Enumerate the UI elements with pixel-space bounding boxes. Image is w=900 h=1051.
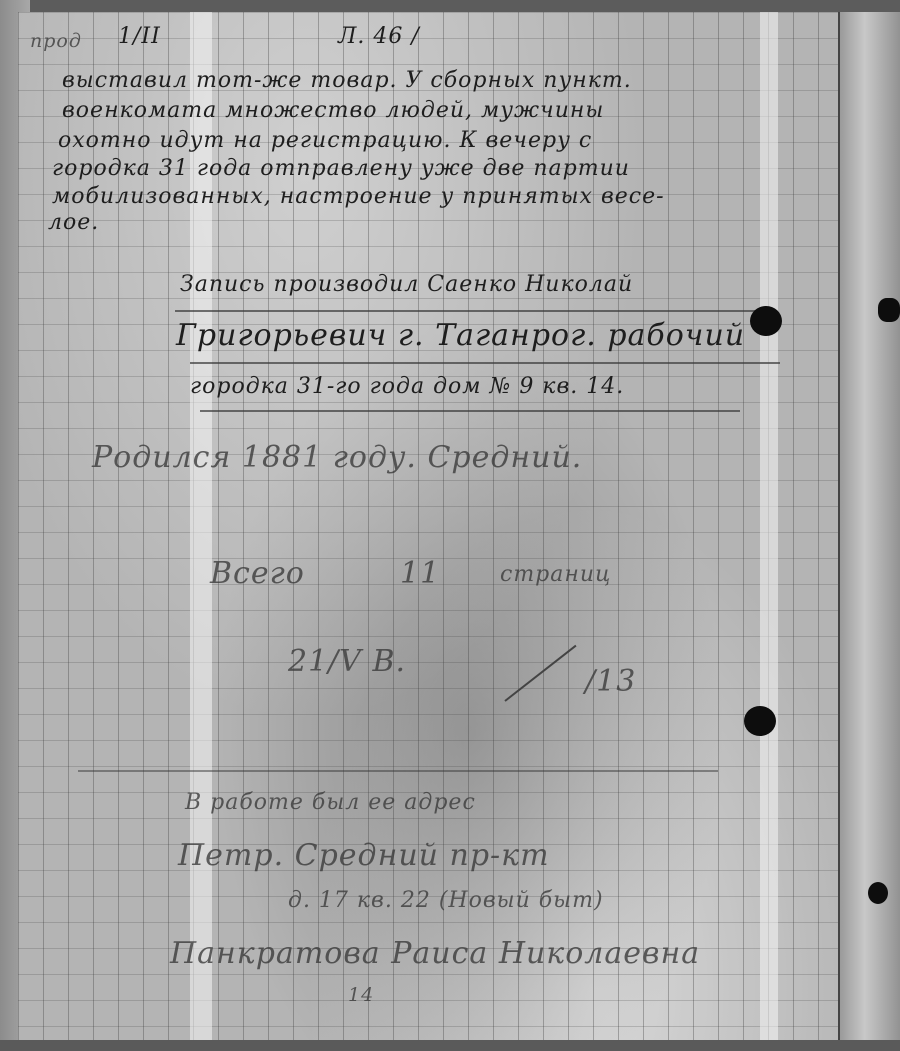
birth-line: Родился 1881 году. Средний. <box>92 440 582 475</box>
underline-rule <box>175 310 775 312</box>
punch-hole <box>868 882 888 904</box>
header-label: прод <box>30 30 82 52</box>
signature-line: Запись производил Саенко Николай <box>180 272 633 297</box>
punch-hole <box>744 706 776 736</box>
faded-line: Панкратова Раиса Николаевна <box>170 936 700 971</box>
paragraph-line: мобилизованных, настроение у принятых ве… <box>52 184 665 209</box>
faded-line: Петр. Средний пр-кт <box>178 838 550 873</box>
paper-fold-highlight <box>760 12 778 1040</box>
scan-top-border <box>0 0 900 12</box>
paragraph-line: лое. <box>48 210 99 235</box>
signature-line: городка 31-го года дом № 9 кв. 14. <box>190 374 624 399</box>
faded-line: д. 17 кв. 22 (Новый быт) <box>288 888 604 913</box>
separator-rule <box>78 770 718 772</box>
page-number: 14 <box>348 984 374 1006</box>
header-number: Л. 46 / <box>338 24 420 49</box>
total-label: Всего <box>210 556 305 591</box>
paragraph-line: выставил тот-же товар. У сборных пункт. <box>62 68 632 93</box>
faded-line: В работе был ее адрес <box>185 790 476 815</box>
paragraph-line: охотно идут на регистрацию. К вечеру с <box>58 128 592 153</box>
date-suffix: /13 <box>585 664 636 699</box>
header-sheet: 1/II <box>118 24 161 49</box>
underline-rule <box>190 362 780 364</box>
underline-rule <box>200 410 740 412</box>
total-unit: страниц <box>500 562 611 587</box>
edge-notch <box>878 298 900 322</box>
date-line: 21/V В. <box>288 644 406 679</box>
paragraph-line: городка 31 года отправлену уже две парти… <box>52 156 630 181</box>
signature-line: Григорьевич г. Таганрог. рабочий <box>176 318 745 353</box>
paragraph-line: военкомата множество людей, мужчины <box>62 98 604 123</box>
scanned-document: прод 1/II Л. 46 / выставил тот-же товар.… <box>0 0 900 1051</box>
scan-bottom-border <box>0 1040 900 1051</box>
total-value: 11 <box>400 556 440 591</box>
punch-hole <box>750 306 782 336</box>
